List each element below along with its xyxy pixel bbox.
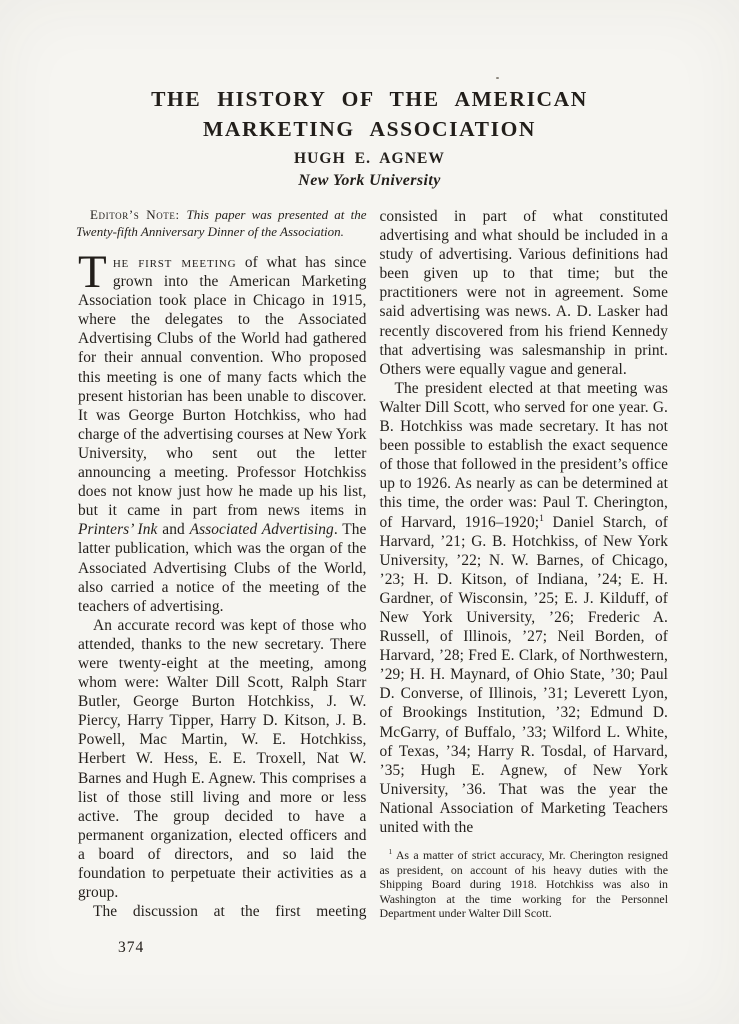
article-title: THE HISTORY OF THE AMERICAN MARKETING AS…	[0, 84, 739, 144]
left-column: Editor’s Note: This paper was presented …	[78, 207, 367, 921]
article-body: Editor’s Note: This paper was presented …	[78, 207, 668, 921]
journal-page: THE HISTORY OF THE AMERICAN MARKETING AS…	[0, 0, 739, 1024]
right-column: consisted in part of what constituted ad…	[380, 207, 669, 921]
article-title-line2: MARKETING ASSOCIATION	[0, 114, 739, 144]
paragraph-first-meeting: The first meeting of what has since grow…	[78, 253, 367, 616]
paragraph-presidents: The president elected at that meeting wa…	[380, 379, 669, 837]
paragraph-discussion-start: The discussion at the first meeting	[78, 902, 367, 921]
article-title-line1: THE HISTORY OF THE AMERICAN	[0, 84, 739, 114]
footnote-1: 1 As a matter of strict accuracy, Mr. Ch…	[380, 848, 669, 921]
paragraph-discussion-continued: consisted in part of what constituted ad…	[380, 207, 669, 379]
author-name: HUGH E. AGNEW	[0, 150, 739, 168]
paragraph-accurate-record: An accurate record was kept of those who…	[78, 616, 367, 902]
scan-speck	[496, 77, 499, 79]
author-affiliation: New York University	[0, 172, 739, 190]
page-number: 374	[118, 939, 144, 957]
editors-note: Editor’s Note: This paper was presented …	[76, 207, 367, 240]
